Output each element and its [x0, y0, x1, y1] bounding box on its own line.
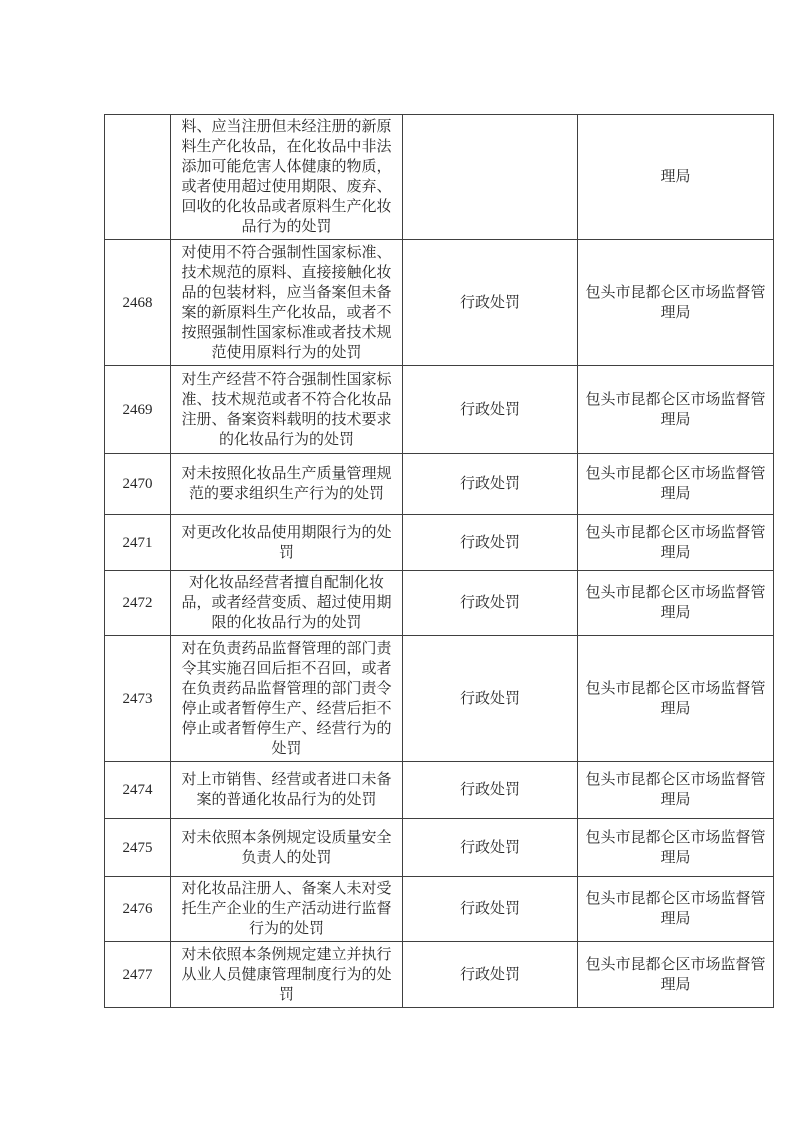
- row-id-cell: 2476: [105, 877, 171, 942]
- row-item-cell: 对在负责药品监督管理的部门责令其实施召回后拒不召回，或者在负责药品监督管理的部门…: [171, 636, 403, 762]
- table-row: 2477 对未依照本条例规定建立并执行从业人员健康管理制度行为的处罚 行政处罚 …: [105, 942, 774, 1008]
- row-authority-cell: 包头市昆都仑区市场监督管理局: [578, 636, 774, 762]
- row-penalty-type-cell: 行政处罚: [403, 240, 578, 366]
- row-authority-cell: 包头市昆都仑区市场监督管理局: [578, 762, 774, 819]
- row-item-cell: 对未依照本条例规定建立并执行从业人员健康管理制度行为的处罚: [171, 942, 403, 1008]
- table-row: 2475 对未依照本条例规定设质量安全负责人的处罚 行政处罚 包头市昆都仑区市场…: [105, 819, 774, 877]
- table-row: 2472 对化妆品经营者擅自配制化妆品，或者经营变质、超过使用期限的化妆品行为的…: [105, 571, 774, 636]
- row-item-cell: 对使用不符合强制性国家标准、技术规范的原料、直接接触化妆品的包装材料，应当备案但…: [171, 240, 403, 366]
- row-penalty-type-cell: 行政处罚: [403, 819, 578, 877]
- row-penalty-type-cell: 行政处罚: [403, 571, 578, 636]
- row-authority-cell: 包头市昆都仑区市场监督管理局: [578, 515, 774, 571]
- row-id-cell: 2475: [105, 819, 171, 877]
- row-authority-cell: 包头市昆都仑区市场监督管理局: [578, 454, 774, 515]
- row-item-cell: 对化妆品经营者擅自配制化妆品，或者经营变质、超过使用期限的化妆品行为的处罚: [171, 571, 403, 636]
- row-penalty-type-cell: [403, 115, 578, 240]
- row-authority-cell: 包头市昆都仑区市场监督管理局: [578, 240, 774, 366]
- row-item-cell: 对未按照化妆品生产质量管理规范的要求组织生产行为的处罚: [171, 454, 403, 515]
- row-id-cell: 2469: [105, 366, 171, 454]
- row-id-cell: 2477: [105, 942, 171, 1008]
- document-page: 料、应当注册但未经注册的新原料生产化妆品，在化妆品中非法添加可能危害人体健康的物…: [0, 0, 793, 1122]
- row-item-cell: 料、应当注册但未经注册的新原料生产化妆品，在化妆品中非法添加可能危害人体健康的物…: [171, 115, 403, 240]
- row-penalty-type-cell: 行政处罚: [403, 515, 578, 571]
- table-row: 2474 对上市销售、经营或者进口未备案的普通化妆品行为的处罚 行政处罚 包头市…: [105, 762, 774, 819]
- row-penalty-type-cell: 行政处罚: [403, 636, 578, 762]
- row-penalty-type-cell: 行政处罚: [403, 454, 578, 515]
- row-item-cell: 对化妆品注册人、备案人未对受托生产企业的生产活动进行监督行为的处罚: [171, 877, 403, 942]
- row-penalty-type-cell: 行政处罚: [403, 877, 578, 942]
- row-penalty-type-cell: 行政处罚: [403, 762, 578, 819]
- row-id-cell: 2473: [105, 636, 171, 762]
- row-id-cell: 2468: [105, 240, 171, 366]
- row-id-cell: 2472: [105, 571, 171, 636]
- row-item-cell: 对生产经营不符合强制性国家标准、技术规范或者不符合化妆品注册、备案资料载明的技术…: [171, 366, 403, 454]
- row-penalty-type-cell: 行政处罚: [403, 366, 578, 454]
- row-item-cell: 对未依照本条例规定设质量安全负责人的处罚: [171, 819, 403, 877]
- table-row: 2468 对使用不符合强制性国家标准、技术规范的原料、直接接触化妆品的包装材料，…: [105, 240, 774, 366]
- row-authority-cell: 包头市昆都仑区市场监督管理局: [578, 819, 774, 877]
- table-row: 料、应当注册但未经注册的新原料生产化妆品，在化妆品中非法添加可能危害人体健康的物…: [105, 115, 774, 240]
- row-authority-cell: 包头市昆都仑区市场监督管理局: [578, 942, 774, 1008]
- row-item-cell: 对更改化妆品使用期限行为的处罚: [171, 515, 403, 571]
- row-id-cell: 2471: [105, 515, 171, 571]
- row-item-cell: 对上市销售、经营或者进口未备案的普通化妆品行为的处罚: [171, 762, 403, 819]
- table-row: 2470 对未按照化妆品生产质量管理规范的要求组织生产行为的处罚 行政处罚 包头…: [105, 454, 774, 515]
- table-row: 2476 对化妆品注册人、备案人未对受托生产企业的生产活动进行监督行为的处罚 行…: [105, 877, 774, 942]
- table-row: 2471 对更改化妆品使用期限行为的处罚 行政处罚 包头市昆都仑区市场监督管理局: [105, 515, 774, 571]
- table-row: 2473 对在负责药品监督管理的部门责令其实施召回后拒不召回，或者在负责药品监督…: [105, 636, 774, 762]
- row-authority-cell: 包头市昆都仑区市场监督管理局: [578, 877, 774, 942]
- row-id-cell: 2470: [105, 454, 171, 515]
- row-id-cell: [105, 115, 171, 240]
- table-row: 2469 对生产经营不符合强制性国家标准、技术规范或者不符合化妆品注册、备案资料…: [105, 366, 774, 454]
- table-body: 料、应当注册但未经注册的新原料生产化妆品，在化妆品中非法添加可能危害人体健康的物…: [105, 115, 774, 1008]
- row-authority-cell: 包头市昆都仑区市场监督管理局: [578, 571, 774, 636]
- row-penalty-type-cell: 行政处罚: [403, 942, 578, 1008]
- row-id-cell: 2474: [105, 762, 171, 819]
- row-authority-cell: 包头市昆都仑区市场监督管理局: [578, 366, 774, 454]
- row-authority-cell: 理局: [578, 115, 774, 240]
- penalty-table: 料、应当注册但未经注册的新原料生产化妆品，在化妆品中非法添加可能危害人体健康的物…: [104, 114, 774, 1008]
